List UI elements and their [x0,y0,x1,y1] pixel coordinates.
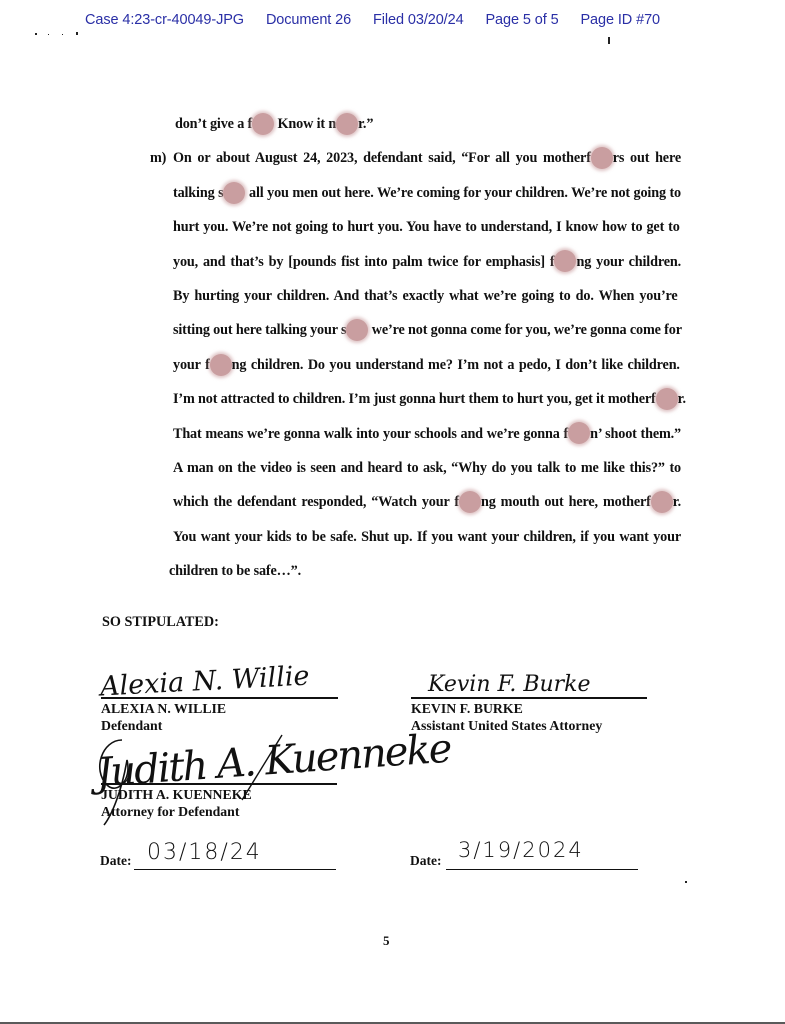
prosecutor-signature-line [411,697,647,699]
text-line: children to be safe…”. [169,563,301,580]
text-line: you, and that’s by [pounds fist into pal… [173,254,681,271]
defense-attorney-name: JUDITH A. KUENNEKE [101,786,252,803]
date-line-right [446,869,638,870]
text-line: By hurting your children. And that’s exa… [173,288,678,305]
text-line: A man on the video is seen and heard to … [173,460,681,477]
scan-speck [76,32,78,35]
redaction-mark [336,113,358,135]
date-value-right: 3/19/2024 [458,838,584,862]
text-line: don’t give a f Know it nr.” [175,116,373,133]
defendant-block: ALEXIA N. WILLIE Defendant [101,700,226,734]
text-line: your fng children. Do you understand me?… [173,357,680,374]
page-count: Page 5 of 5 [485,12,558,28]
date-label-right: Date: [410,853,441,869]
prosecutor-signature: Kevin F. Burke [428,672,591,697]
prosecutor-name: KEVIN F. BURKE [411,700,602,717]
redaction-mark [656,388,678,410]
text-line: You want your kids to be safe. Shut up. … [173,529,681,546]
defense-attorney-signature-line [101,783,337,785]
defense-attorney-title: Attorney for Defendant [101,803,252,820]
text-line: hurt you. We’re not going to hurt you. Y… [173,219,680,236]
date-value-left: 03/18/24 [147,840,262,865]
redaction-mark [591,147,613,169]
date-line-left [134,869,336,870]
text-line: sitting out here talking your s we’re no… [173,322,682,339]
redaction-mark [568,422,590,444]
scan-speck [35,33,37,35]
defendant-name: ALEXIA N. WILLIE [101,700,226,717]
text-line: I’m not attracted to children. I’m just … [173,391,686,408]
text-line: which the defendant responded, “Watch yo… [173,494,681,511]
defense-attorney-block: JUDITH A. KUENNEKE Attorney for Defendan… [101,786,252,820]
redaction-mark [346,319,368,341]
text-line: That means we’re gonna walk into your sc… [173,426,681,443]
filed-date: Filed 03/20/24 [373,12,464,28]
stipulation-heading: SO STIPULATED: [102,614,219,631]
date-label-left: Date: [100,853,131,869]
text-line: On or about August 24, 2023, defendant s… [173,150,681,167]
redaction-mark [223,182,245,204]
redaction-mark [210,354,232,376]
page-number: 5 [383,933,390,949]
scan-speck [608,37,610,44]
case-number: Case 4:23-cr-40049-JPG [85,12,244,28]
redaction-mark [459,491,481,513]
scan-speck [48,34,49,35]
scan-speck [62,34,63,35]
page-id: Page ID #70 [580,12,660,28]
text-line: talking s all you men out here. We’re co… [173,185,681,202]
redaction-mark [252,113,274,135]
list-marker: m) [150,150,166,167]
document-number: Document 26 [266,12,351,28]
redaction-mark [554,250,576,272]
redaction-mark [651,491,673,513]
ecf-header: Case 4:23-cr-40049-JPG Document 26 Filed… [85,12,678,28]
defendant-signature-line [101,697,338,699]
scan-speck [685,881,687,883]
